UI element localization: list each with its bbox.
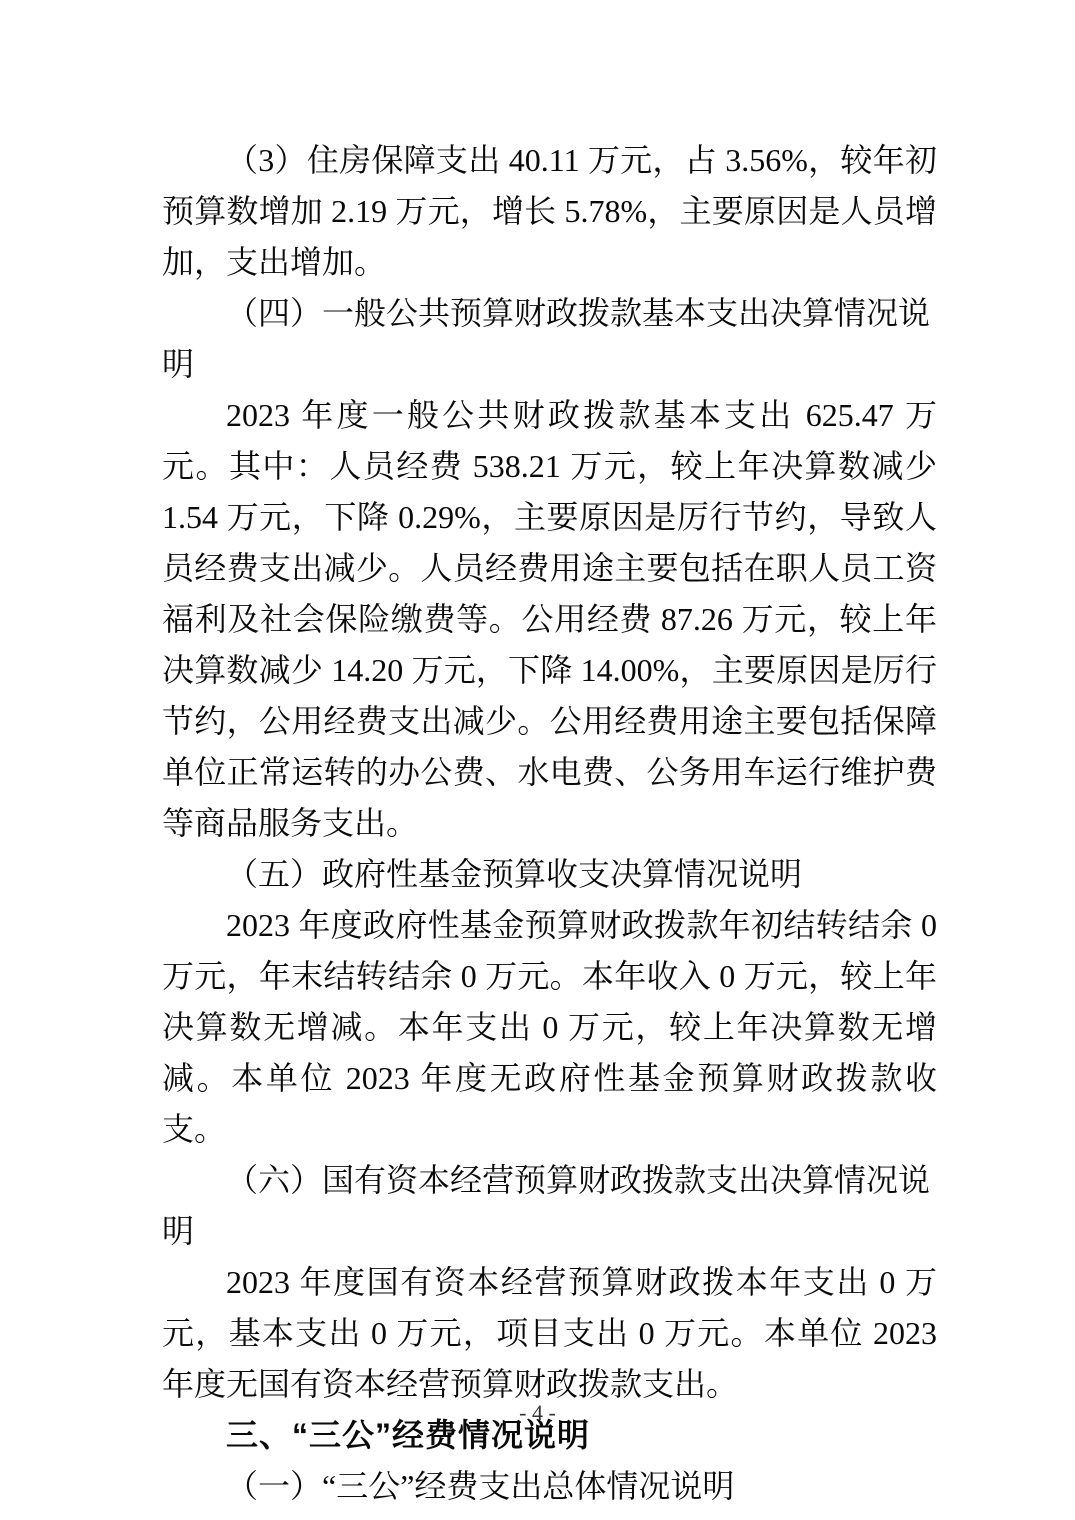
paragraph-state-capital-details: 2023 年度国有资本经营预算财政拨本年支出 0 万元，基本支出 0 万元，项目…: [162, 1257, 937, 1410]
heading-section-6-state-capital: （六）国有资本经营预算财政拨款支出决算情况说明: [162, 1155, 937, 1257]
paragraph-basic-expenditure-details: 2023 年度一般公共财政拨款基本支出 625.47 万元。其中：人员经费 53…: [162, 390, 937, 849]
heading-three-public-funds-overall: （一）“三公”经费支出总体情况说明: [162, 1461, 937, 1512]
document-page: （3）住房保障支出 40.11 万元，占 3.56%，较年初预算数增加 2.19…: [0, 0, 1075, 1520]
document-content: （3）住房保障支出 40.11 万元，占 3.56%，较年初预算数增加 2.19…: [162, 135, 937, 1512]
heading-section-4-basic-expenditure: （四）一般公共预算财政拨款基本支出决算情况说明: [162, 288, 937, 390]
paragraph-government-fund-details: 2023 年度政府性基金预算财政拨款年初结转结余 0 万元，年末结转结余 0 万…: [162, 900, 937, 1155]
paragraph-housing-support-expenditure: （3）住房保障支出 40.11 万元，占 3.56%，较年初预算数增加 2.19…: [162, 135, 937, 288]
heading-section-5-government-fund: （五）政府性基金预算收支决算情况说明: [162, 849, 937, 900]
page-number: - 4 -: [0, 1400, 1075, 1426]
